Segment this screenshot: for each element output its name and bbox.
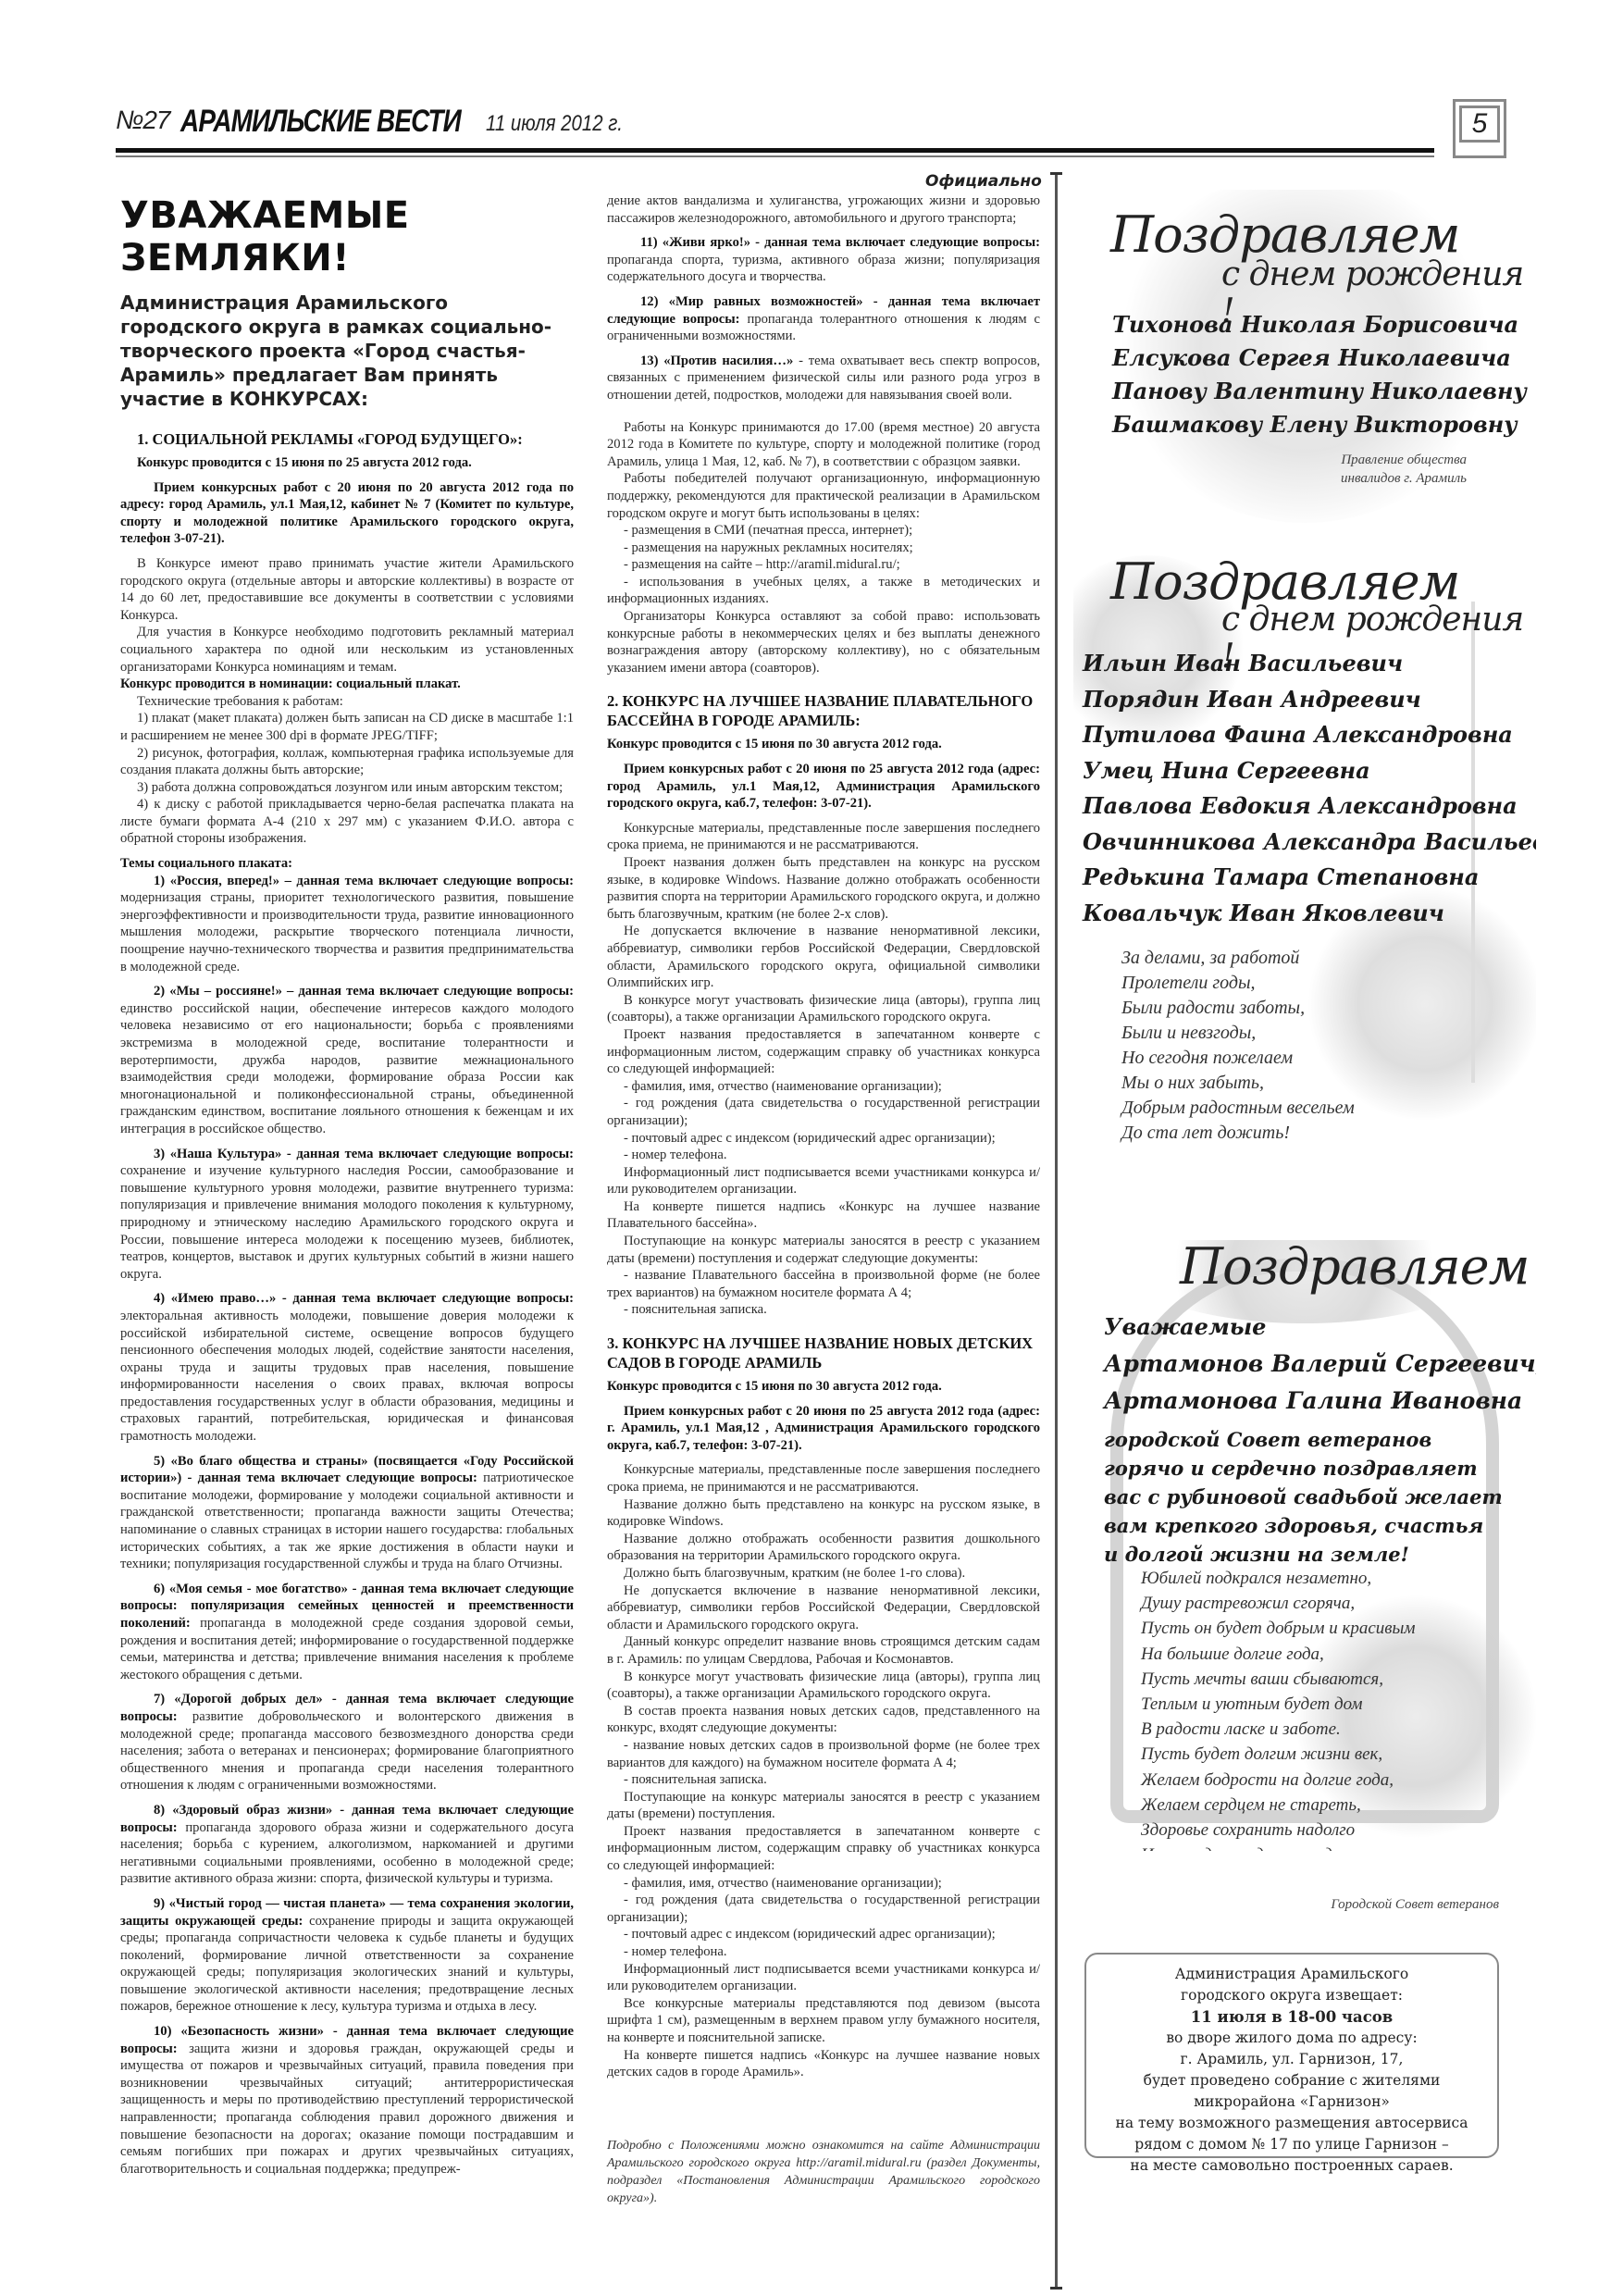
section-label: Официально (925, 172, 1042, 191)
paragraph: Информационный лист подписывается всеми … (607, 1961, 1040, 1995)
recipients: Уважаемые Артамонов Валерий Сергеевич, А… (1104, 1309, 1536, 1420)
article-lead: Администрация Арамильского городского ок… (120, 291, 574, 411)
paragraph: Проект названия должен быть представлен … (607, 854, 1040, 923)
contest-1-acceptance: Прием конкурсных работ с 20 июня по 20 а… (120, 479, 574, 548)
topic-item: 2) «Мы – россияне!» – данная тема включа… (120, 983, 574, 1137)
paragraph: Все конкурсные материалы представляются … (607, 1995, 1040, 2047)
name: Панову Валентину Николаевну (1112, 375, 1527, 408)
paragraph: Конкурсные материалы, представленные пос… (607, 820, 1040, 854)
paragraph: Поступающие на конкурс материалы заносят… (607, 1789, 1040, 1823)
name: Ильин Иван Васильевич (1083, 646, 1536, 682)
article-title: УВАЖАЕМЫЕ ЗЕМЛЯКИ! (120, 194, 574, 279)
paragraph: Информационный лист подписывается всеми … (607, 1164, 1040, 1198)
birthday-greeting-2: Поздравляем с днем рождения ! Ильин Иван… (1073, 555, 1536, 1157)
winners: Работы победителей получают организацион… (607, 470, 1040, 522)
use-item: - размещения на наружных рекламных носит… (607, 540, 1040, 557)
paragraph: Не допускается включение в название нено… (607, 1582, 1040, 1634)
anniversary-greeting: Поздравляем Уважаемые Артамонов Валерий … (1073, 1240, 1536, 1851)
name: Артамонова Галина Ивановна (1104, 1383, 1536, 1420)
contest-1-heading: 1. СОЦИАЛЬНОЙ РЕКЛАМЫ «ГОРОД БУДУЩЕГО»: (120, 429, 574, 449)
column-divider (1055, 172, 1058, 2290)
signature: Городской Совет ветеранов (1268, 1895, 1499, 1914)
paragraph: - название новых детских садов в произво… (607, 1737, 1040, 1771)
poem: За делами, за работой Пролетели годы, Бы… (1121, 946, 1355, 1146)
contest-3-acceptance: Прием конкурсных работ с 20 июня по 25 а… (607, 1403, 1040, 1455)
topic-item: 13) «Против насилия…» - тема охватывает … (607, 353, 1040, 404)
paragraph: В конкурсе могут участвовать физические … (607, 1669, 1040, 1703)
paragraph: - фамилия, имя, отчество (наименование о… (607, 1078, 1040, 1096)
topic-item: 12) «Мир равных возможностей» - данная т… (607, 293, 1040, 345)
meeting-address: г. Арамиль, ул. Гарнизон, 17, (1086, 2049, 1497, 2070)
paragraph: Название должно отображать особенности р… (607, 1531, 1040, 1565)
paragraph: - год рождения (дата свидетельства о гос… (607, 1095, 1040, 1129)
contest-2-acceptance: Прием конкурсных работ с 20 июня по 25 а… (607, 761, 1040, 813)
message: городской Совет ветеранов горячо и серде… (1104, 1425, 1503, 1569)
paragraph: - год рождения (дата свидетельства о гос… (607, 1892, 1040, 1926)
birthday-greeting-1: Поздравляем с днем рождения ! Тихонова Н… (1073, 190, 1536, 541)
newspaper-title: АРАМИЛЬСКИЕ ВЕСТИ (180, 104, 461, 140)
topic-item: 1) «Россия, вперед!» – данная тема включ… (120, 873, 574, 976)
topic-item: 3) «Наша Культура» - данная тема включае… (120, 1146, 574, 1284)
paragraph: - название Плавательного бассейна в прои… (607, 1267, 1040, 1301)
paragraph: - номер телефона. (607, 1147, 1040, 1164)
paragraph: Проект названия предоставляется в запеча… (607, 1026, 1040, 1078)
page-number: 5 (1459, 105, 1500, 143)
paragraph: - пояснительная записка. (607, 1771, 1040, 1789)
paragraph: - номер телефона. (607, 1943, 1040, 1961)
footnote: Подробно с Положениями можно ознакомится… (607, 2137, 1040, 2207)
masthead: №27 АРАМИЛЬСКИЕ ВЕСТИ 11 июля 2012 г. (116, 104, 1434, 150)
contests-article-continued: дение актов вандализма и хулиганства, уг… (607, 192, 1040, 2207)
meeting-notice: Администрация Арамильского городского ок… (1084, 1953, 1499, 2158)
topic-item: 4) «Имею право…» - данная тема включает … (120, 1290, 574, 1445)
paragraph: Конкурсные материалы, представленные пос… (607, 1461, 1040, 1496)
paragraph: В конкурсе могут участвовать физические … (607, 992, 1040, 1026)
contest-2-dates: Конкурс проводится с 15 июня по 30 авгус… (607, 736, 1040, 753)
topic-item: 6) «Моя семья - мое богатство» - данная … (120, 1581, 574, 1684)
deadline: Работы на Конкурс принимаются до 17.00 (… (607, 419, 1040, 471)
issue-date: 11 июля 2012 г. (486, 111, 623, 137)
greeting-title: Поздравляем (1180, 1240, 1529, 1294)
contest-2-heading: 2. КОНКУРС НА ЛУЧШЕЕ НАЗВАНИЕ ПЛАВАТЕЛЬН… (607, 691, 1040, 730)
paragraph: - пояснительная записка. (607, 1301, 1040, 1319)
use-item: - размещения в СМИ (печатная пресса, инт… (607, 522, 1040, 540)
tech-item: 2) рисунок, фотография, коллаж, компьюте… (120, 745, 574, 779)
topic-item: 5) «Во благо общества и страны» (посвяща… (120, 1453, 574, 1573)
topic-item: 10) «Безопасность жизни» - данная тема в… (120, 2023, 574, 2178)
header-rule (116, 148, 1434, 153)
topic-item: 9) «Чистый город — чистая планета» — тем… (120, 1895, 574, 2016)
nomination: Конкурс проводится в номинации: социальн… (120, 676, 574, 693)
name: Елсукова Сергея Николаевича (1112, 341, 1527, 375)
name: Путилова Фаина Александровна (1083, 717, 1536, 753)
topic-item: 7) «Дорогой добрых дел» - данная тема вк… (120, 1691, 574, 1794)
name: Овчинникова Александра Васильевна (1083, 825, 1536, 861)
topic-item: 8) «Здоровый образ жизни» - данная тема … (120, 1802, 574, 1888)
name: Умец Нина Сергеевна (1083, 753, 1536, 789)
topics-title: Темы социального плаката: (120, 855, 574, 873)
name: Тихонова Николая Борисовича (1112, 308, 1527, 341)
tech-item: 4) к диску с работой прикладывается черн… (120, 796, 574, 848)
contest-1-dates: Конкурс проводится с 15 июня по 25 авгус… (120, 454, 574, 472)
paragraph: Название должно быть представлено на кон… (607, 1496, 1040, 1531)
poem: Юбилей подкрался незаметно, Душу растрев… (1141, 1566, 1416, 1851)
name: Артамонов Валерий Сергеевич, (1104, 1346, 1536, 1383)
name: Павлова Евдокия Александровна (1083, 788, 1536, 825)
names-list: Тихонова Николая Борисовича Елсукова Сер… (1112, 308, 1527, 441)
name: Порядин Иван Андреевич (1083, 682, 1536, 718)
paragraph: - фамилия, имя, отчество (наименование о… (607, 1875, 1040, 1893)
issue-number: №27 (116, 105, 169, 135)
use-item: - размещения на сайте – http://aramil.mi… (607, 556, 1040, 574)
paragraph: На конверте пишется надпись «Конкурс на … (607, 1198, 1040, 1233)
paragraph: - почтовый адрес с индексом (юридический… (607, 1926, 1040, 1943)
name: Редькина Тамара Степановна (1083, 860, 1536, 896)
continuation: дение актов вандализма и хулиганства, уг… (607, 192, 1040, 227)
paragraph: В Конкурсе имеют право принимать участие… (120, 555, 574, 624)
rights: Организаторы Конкурса оставляют за собой… (607, 608, 1040, 676)
meeting-time: 11 июля в 18-00 часов (1086, 2006, 1497, 2028)
use-item: - использования в учебных целях, а также… (607, 574, 1040, 608)
contest-3-heading: 3. КОНКУРС НА ЛУЧШЕЕ НАЗВАНИЕ НОВЫХ ДЕТС… (607, 1334, 1040, 1372)
paragraph: В состав проекта названия новых детских … (607, 1703, 1040, 1737)
paragraph: Данный конкурс определит название вновь … (607, 1633, 1040, 1668)
paragraph: Поступающие на конкурс материалы заносят… (607, 1233, 1040, 1267)
tech-item: 3) работа должна сопровождаться лозунгом… (120, 779, 574, 797)
paragraph: - почтовый адрес с индексом (юридический… (607, 1130, 1040, 1148)
topic-item: 11) «Живи ярко!» - данная тема включает … (607, 234, 1040, 286)
paragraph: Проект названия предоставляется в запеча… (607, 1823, 1040, 1875)
names-list: Ильин Иван Васильевич Порядин Иван Андре… (1083, 646, 1536, 931)
greeting-title: Поздравляем (1110, 208, 1459, 262)
name: Ковальчук Иван Яковлевич (1083, 896, 1536, 932)
paragraph: Для участия в Конкурсе необходимо подгот… (120, 624, 574, 676)
tech-item: 1) плакат (макет плаката) должен быть за… (120, 710, 574, 744)
signature: Правление общества инвалидов г. Арамиль (1341, 451, 1467, 488)
contests-article: УВАЖАЕМЫЕ ЗЕМЛЯКИ! Администрация Арамиль… (120, 192, 574, 2178)
name: Башмакову Елену Викторовну (1112, 408, 1527, 441)
paragraph: Должно быть благозвучным, кратким (не бо… (607, 1565, 1040, 1582)
header-rule-thin (116, 155, 1434, 157)
contest-3-dates: Конкурс проводится с 15 июня по 30 авгус… (607, 1378, 1040, 1396)
page-number-box: 5 (1453, 99, 1506, 158)
salutation: Уважаемые (1104, 1309, 1536, 1346)
paragraph: На конверте пишется надпись «Конкурс на … (607, 2047, 1040, 2081)
tech-title: Технические требования к работам: (120, 693, 574, 711)
paragraph: Не допускается включение в название нено… (607, 923, 1040, 991)
